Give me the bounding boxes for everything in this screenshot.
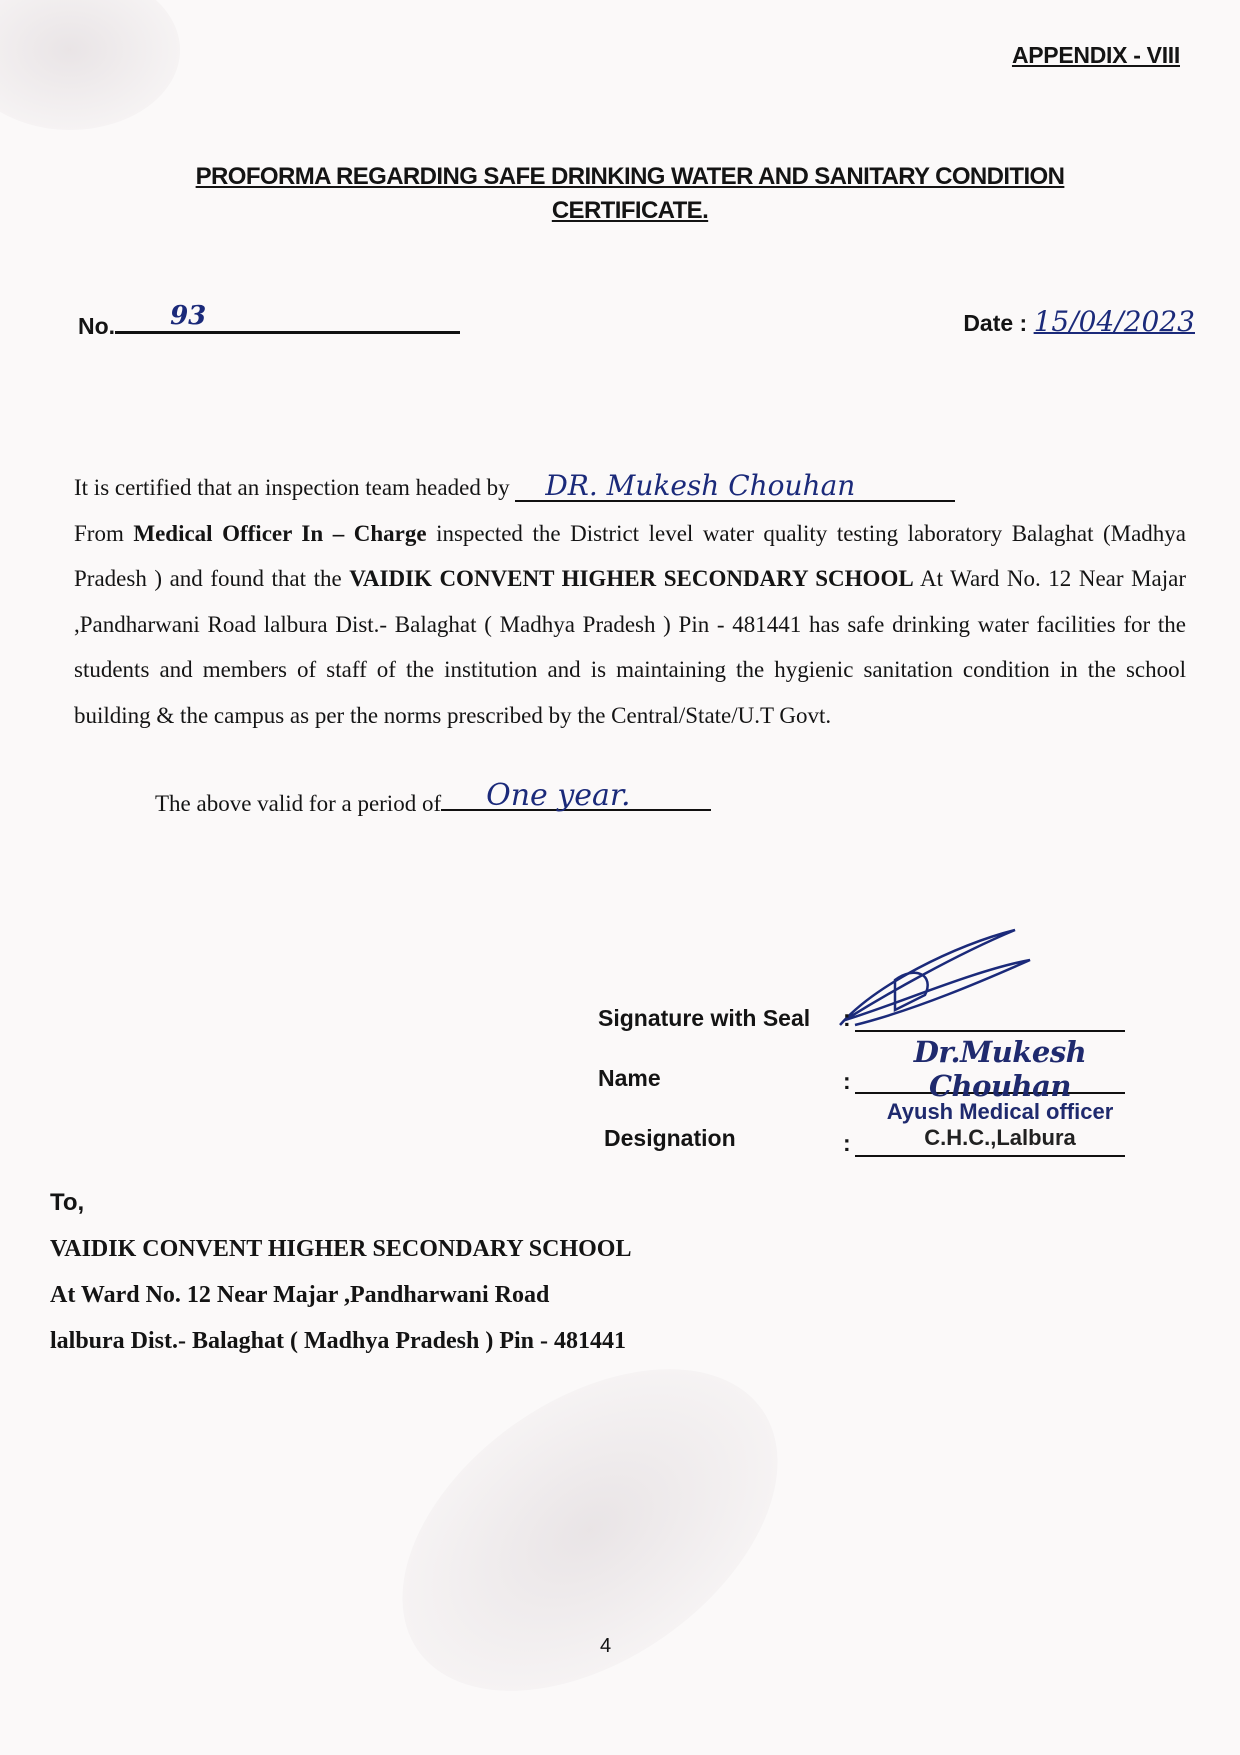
signature-line: [855, 1030, 1125, 1032]
title-line-1: PROFORMA REGARDING SAFE DRINKING WATER A…: [0, 160, 1240, 194]
seal-name: Dr.Mukesh Chouhan: [850, 1035, 1150, 1103]
seal-place: C.H.C.,Lalbura: [850, 1125, 1150, 1151]
name-label: Name: [598, 1065, 661, 1092]
page-number: 4: [600, 1635, 611, 1658]
designation-line: [855, 1155, 1125, 1157]
certificate-body: It is certified that an inspection team …: [74, 465, 1186, 738]
number-label: No.: [78, 313, 115, 339]
school-name: VAIDIK CONVENT HIGHER SECONDARY SCHOOL: [349, 566, 913, 591]
paper-smudge: [343, 1303, 836, 1755]
validity-row: The above valid for a period ofOne year.: [155, 785, 711, 817]
appendix-label: APPENDIX - VIII: [1012, 42, 1180, 69]
inspector-name: DR. Mukesh Chouhan: [515, 472, 955, 502]
signature-colon: :: [843, 1005, 851, 1032]
title-line-2: CERTIFICATE.: [0, 194, 1240, 228]
recipient-name: VAIDIK CONVENT HIGHER SECONDARY SCHOOL: [50, 1226, 631, 1272]
signature-label: Signature with Seal: [598, 1005, 810, 1032]
validity-value: One year.: [486, 778, 630, 813]
validity-field: One year.: [441, 785, 711, 811]
seal-designation: Ayush Medical officer: [850, 1099, 1150, 1125]
recipient-address-line-2: lalbura Dist.- Balaghat ( Madhya Pradesh…: [50, 1318, 631, 1364]
certificate-number: No.93: [78, 305, 460, 340]
official-seal-stamp: Dr.Mukesh Chouhan Ayush Medical officer …: [850, 1035, 1150, 1151]
to-label: To,: [50, 1180, 631, 1226]
certificate-date: Date : 15/04/2023: [963, 305, 1195, 338]
recipient-address-line-1: At Ward No. 12 Near Majar ,Pandharwani R…: [50, 1272, 631, 1318]
designation-label: Designation: [604, 1125, 736, 1152]
intro-text: It is certified that an inspection team …: [74, 475, 510, 500]
from-authority: Medical Officer In – Charge: [133, 521, 426, 546]
number-value: 93: [170, 301, 206, 331]
validity-label: The above valid for a period of: [155, 791, 441, 816]
paper-smudge: [0, 0, 180, 130]
document-title: PROFORMA REGARDING SAFE DRINKING WATER A…: [0, 160, 1240, 228]
date-value: 15/04/2023: [1034, 305, 1195, 338]
from-prefix: From: [74, 521, 124, 546]
number-field: 93: [115, 305, 460, 334]
date-label: Date :: [963, 310, 1027, 336]
signature-scribble-icon: [835, 925, 1035, 1035]
recipient-address: To, VAIDIK CONVENT HIGHER SECONDARY SCHO…: [50, 1180, 631, 1364]
